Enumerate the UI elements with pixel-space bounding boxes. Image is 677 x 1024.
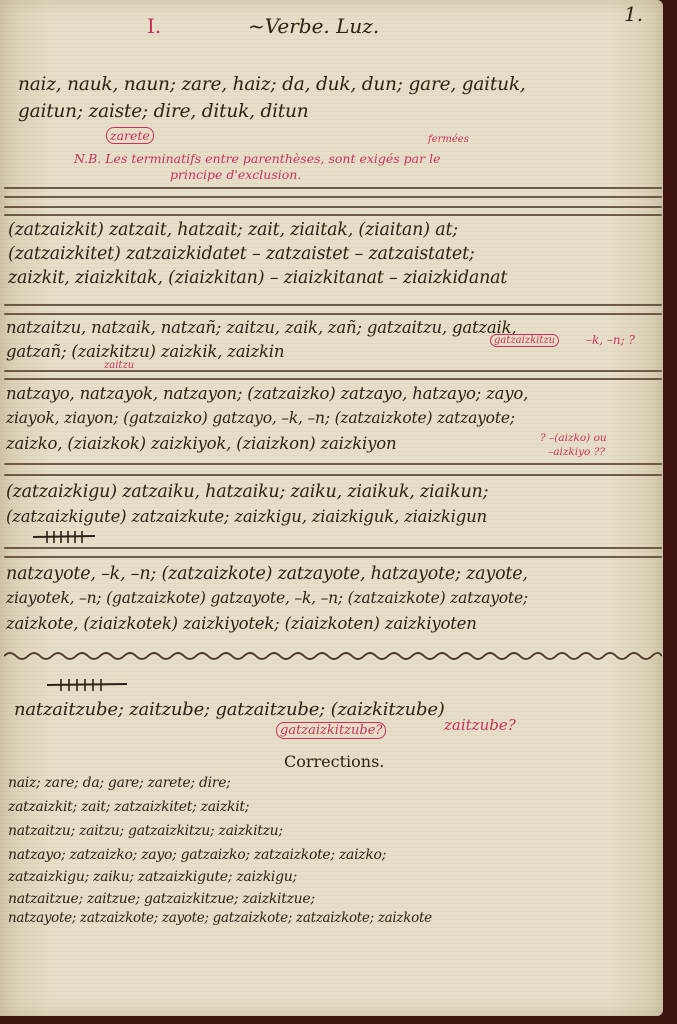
note-insert: fermées [428,134,469,145]
block3-trailing-note: –k, –n; ? [586,333,635,347]
separator-rule [4,214,662,216]
block7-side-note: zaitzube? [444,716,516,734]
block6-line1: natzayote, –k, –n; (zatzaizkote) zatzayo… [6,564,528,584]
corrections-line: natzaitzu; zaitzu; gatzaizkitzu; zaizkit… [8,823,283,839]
separator-rule [4,547,662,549]
page-title: ~Verbe. Luz. [248,14,379,38]
block1-line1: naiz, nauk, naun; zare, haiz; da, duk, d… [18,74,526,95]
block6-line2: ziayotek, –n; (gatzaizkote) gatzayote, –… [6,589,528,607]
block3-line1: natzaitzu, natzaik, natzañ; zaitzu, zaik… [6,318,516,337]
block2-line3: zaizkit, ziaizkitak, (ziaizkitan) – ziai… [8,268,507,288]
block3-line2: gatzañ; (zaizkitzu) zaizkik, zaizkin [6,342,284,361]
block5-line2: (zatzaizkigute) zatzaizkute; zaizkigu, z… [6,507,487,526]
block5-line1: (zatzaizkigu) zatzaiku, hatzaiku; zaiku,… [6,482,488,502]
block2-line2: (zatzaizkitet) zatzaizkidatet – zatzaist… [8,244,475,264]
block4-side-note-line2: –aizkiyo ?? [548,446,605,458]
separator-rule [4,196,662,198]
tally-mark [47,677,127,696]
section-numeral: I. [147,14,161,38]
separator-rule [4,378,662,380]
corrections-line: zatzaizkigu; zaiku; zatzaizkigute; zaizk… [8,869,297,885]
wavy-separator [4,650,662,662]
corrections-line: natzayo; zatzaizko; zayo; gatzaizko; zat… [8,847,386,863]
block4-line2: ziayok, ziayon; (gatzaizko) gatzayo, –k,… [6,409,515,427]
corrections-line: natzaitzue; zaitzue; gatzaizkitzue; zaiz… [8,891,315,907]
separator-rule [4,206,662,208]
separator-rule [4,313,662,315]
block4-line1: natzayo, natzayok, natzayon; (zatzaizko)… [6,384,528,403]
block7-boxed-correction: gatzaizkitzube? [276,722,386,739]
corrections-line: zatzaizkit; zait; zatzaizkitet; zaizkit; [8,799,249,815]
tally-mark [33,529,95,548]
note-line1: N.B. Les terminatifs entre parenthèses, … [74,151,440,166]
separator-rule [4,556,662,558]
corrections-line: naiz; zare; da; gare; zarete; dire; [8,775,231,791]
separator-rule [4,474,662,476]
block6-line3: zaizkote, (ziaizkotek) zaizkiyotek; (zia… [6,614,477,633]
block2-line1: (zatzaizkit) zatzait, hatzait; zait, zia… [8,220,458,240]
block4-side-note-line1: ? –(aizko) ou [540,432,607,444]
separator-rule [4,187,662,189]
block1-line2: gaitun; zaiste; dire, dituk, ditun [18,101,308,122]
separator-rule [4,304,662,306]
block4-line3: zaizko, (ziaizkok) zaizkiyok, (ziaizkon)… [6,434,396,453]
separator-rule [4,370,662,372]
manuscript-page: I. ~Verbe. Luz. 1. naiz, nauk, naun; zar… [0,0,663,1016]
block7-line1: natzaitzube; zaitzube; gatzaitzube; (zai… [14,699,445,720]
block1-boxed-correction: zarete [106,127,154,144]
corrections-heading: Corrections. [284,752,384,771]
page-number: 1. [624,2,643,26]
note-line2: principe d'exclusion. [170,167,301,182]
block3-boxed-correction: gatzaizkitzu [490,334,559,347]
corrections-line: natzayote; zatzaizkote; zayote; gatzaizk… [8,910,432,926]
separator-rule [4,463,662,465]
